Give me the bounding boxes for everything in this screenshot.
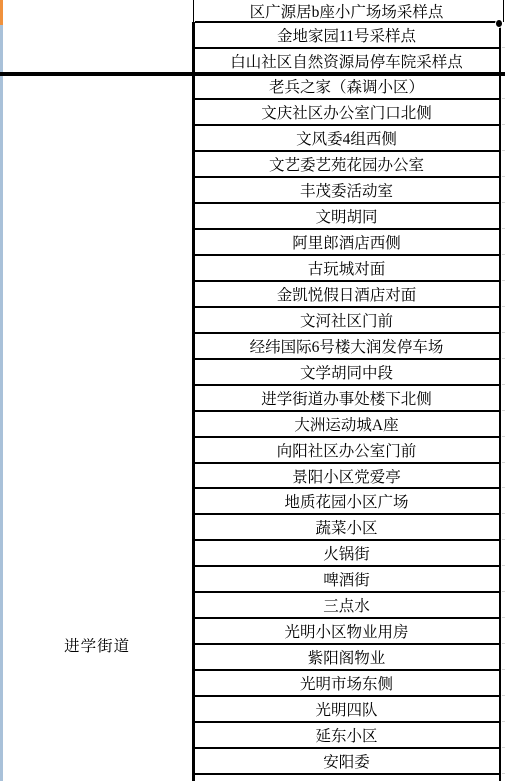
site-cell[interactable]: 区广源居b座小广场场采样点 [195,0,499,23]
gridline-stub [502,176,505,177]
partial-next-cell[interactable] [195,775,499,781]
gridline-stub [502,436,505,437]
right-border-line [499,22,502,781]
site-cell[interactable]: 文风委4组西侧 [195,126,499,152]
site-cell[interactable]: 金凯悦假日酒店对面 [195,282,499,308]
site-cell[interactable]: 古玩城对面 [195,256,499,282]
site-cell[interactable]: 光明市场东侧 [195,671,499,697]
site-cell[interactable]: 火锅街 [195,541,499,567]
gridline-stub [502,643,505,644]
gridline-stub [502,721,505,722]
column-a-stripe-blue [0,25,3,781]
fill-handle[interactable] [495,19,504,28]
gridline-stub [502,384,505,385]
site-cell[interactable]: 白山社区自然资源局停车院采样点 [195,49,499,75]
gridline-stub [502,591,505,592]
site-cell[interactable]: 地质花园小区广场 [195,489,499,515]
gridline-stub [502,669,505,670]
gridline-stub [502,539,505,540]
column-a-stripe-orange [0,0,3,25]
site-cell[interactable]: 阿里郎酒店西侧 [195,230,499,256]
spreadsheet-viewport: 进学街道 区广源居b座小广场场采样点 金地家园11号采样点 白山社区自然资源局停… [0,0,505,781]
column-divider-line [192,22,195,781]
site-cell[interactable]: 向阳社区办公室门前 [195,438,499,464]
gridline-stub [502,462,505,463]
group-divider-line [0,72,505,75]
site-cell[interactable]: 大洲运动城A座 [195,412,499,438]
gridline-stub [502,124,505,125]
street-name-cell[interactable]: 进学街道 [3,632,192,659]
site-cell[interactable]: 啤酒街 [195,567,499,593]
site-cell[interactable]: 光明小区物业用房 [195,619,499,645]
site-cell[interactable]: 光明四队 [195,697,499,723]
right-border-line-top [503,0,504,22]
gridline-stub [502,202,505,203]
gridline-stub [502,358,505,359]
site-cell[interactable]: 金地家园11号采样点 [195,23,499,49]
site-cell[interactable]: 景阳小区党爱亭 [195,464,499,490]
gridline-stub [502,280,505,281]
gridline-stub [502,513,505,514]
gridline-stub [502,228,505,229]
site-cell[interactable]: 蔬菜小区 [195,515,499,541]
site-cell[interactable]: 经纬国际6号楼大润发停车场 [195,334,499,360]
column-divider-line-top [193,0,194,22]
site-cell[interactable]: 文明胡同 [195,204,499,230]
gridline-stub [502,617,505,618]
site-cell[interactable]: 丰茂委活动室 [195,178,499,204]
gridline-stub [502,565,505,566]
site-cell[interactable]: 文学胡同中段 [195,360,499,386]
gridline-stub [502,773,505,774]
gridline-stub [502,332,505,333]
gridline-stub [502,410,505,411]
site-cell[interactable]: 老兵之家（森调小区） [195,74,499,100]
site-cell[interactable]: 进学街道办事处楼下北侧 [195,386,499,412]
site-cell[interactable]: 紫阳阁物业 [195,645,499,671]
gridline-stub [502,47,505,48]
gridline-stub [502,306,505,307]
gridline-stub [502,254,505,255]
site-cell[interactable]: 三点水 [195,593,499,619]
site-cell[interactable]: 文艺委艺苑花园办公室 [195,152,499,178]
gridline-stub [502,747,505,748]
gridline-stub [502,150,505,151]
gridline-stub [502,487,505,488]
site-cell[interactable]: 文庆社区办公室门口北侧 [195,100,499,126]
site-cell[interactable]: 安阳委 [195,749,499,775]
site-cell[interactable]: 文河社区门前 [195,308,499,334]
street-name-label: 进学街道 [64,634,130,656]
gridline-stub [502,98,505,99]
gridline-stub [502,695,505,696]
site-cell[interactable]: 延东小区 [195,723,499,749]
site-rows-column: 区广源居b座小广场场采样点 金地家园11号采样点 白山社区自然资源局停车院采样点… [195,0,499,781]
